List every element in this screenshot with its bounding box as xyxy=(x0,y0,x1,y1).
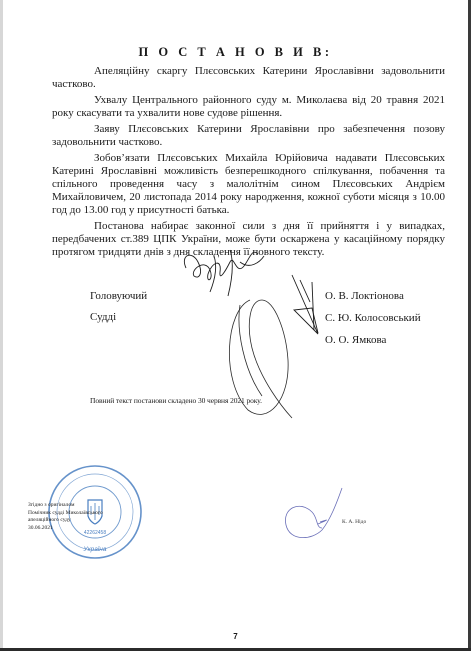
copy-note-line-4: 30.06.2021 xyxy=(28,525,103,533)
judges-label: Судді xyxy=(90,311,116,323)
copy-note-line-1: Згідно з оригіналом xyxy=(28,502,103,510)
svg-text:Україна: Україна xyxy=(82,546,106,553)
presiding-label: Головуючий xyxy=(90,290,147,302)
signature-presiding-icon xyxy=(184,250,264,296)
signature-clerk-icon xyxy=(285,488,342,538)
full-text-date-note: Повний текст постанови складено 30 червн… xyxy=(90,396,262,405)
judge-1-name: С. Ю. Колосовський xyxy=(325,312,421,324)
signatures-and-stamp: 42262458 Україна xyxy=(0,0,471,651)
page-number: 7 xyxy=(0,632,471,641)
judge-2-name: О. О. Ямкова xyxy=(325,334,386,346)
presiding-judge-name: О. В. Локтіонова xyxy=(325,290,404,302)
clerk-name: К. А. Нідо xyxy=(342,519,366,525)
certified-copy-note: Згідно з оригіналом Помічник судді Микол… xyxy=(28,502,103,532)
signature-judge-2-icon xyxy=(292,275,318,334)
copy-note-line-3: апеляційного суду xyxy=(28,517,103,525)
document-page: П О С Т А Н О В И В: Апеляційну скаргу П… xyxy=(0,0,471,651)
copy-note-line-2: Помічник судді Миколаївського xyxy=(28,510,103,518)
